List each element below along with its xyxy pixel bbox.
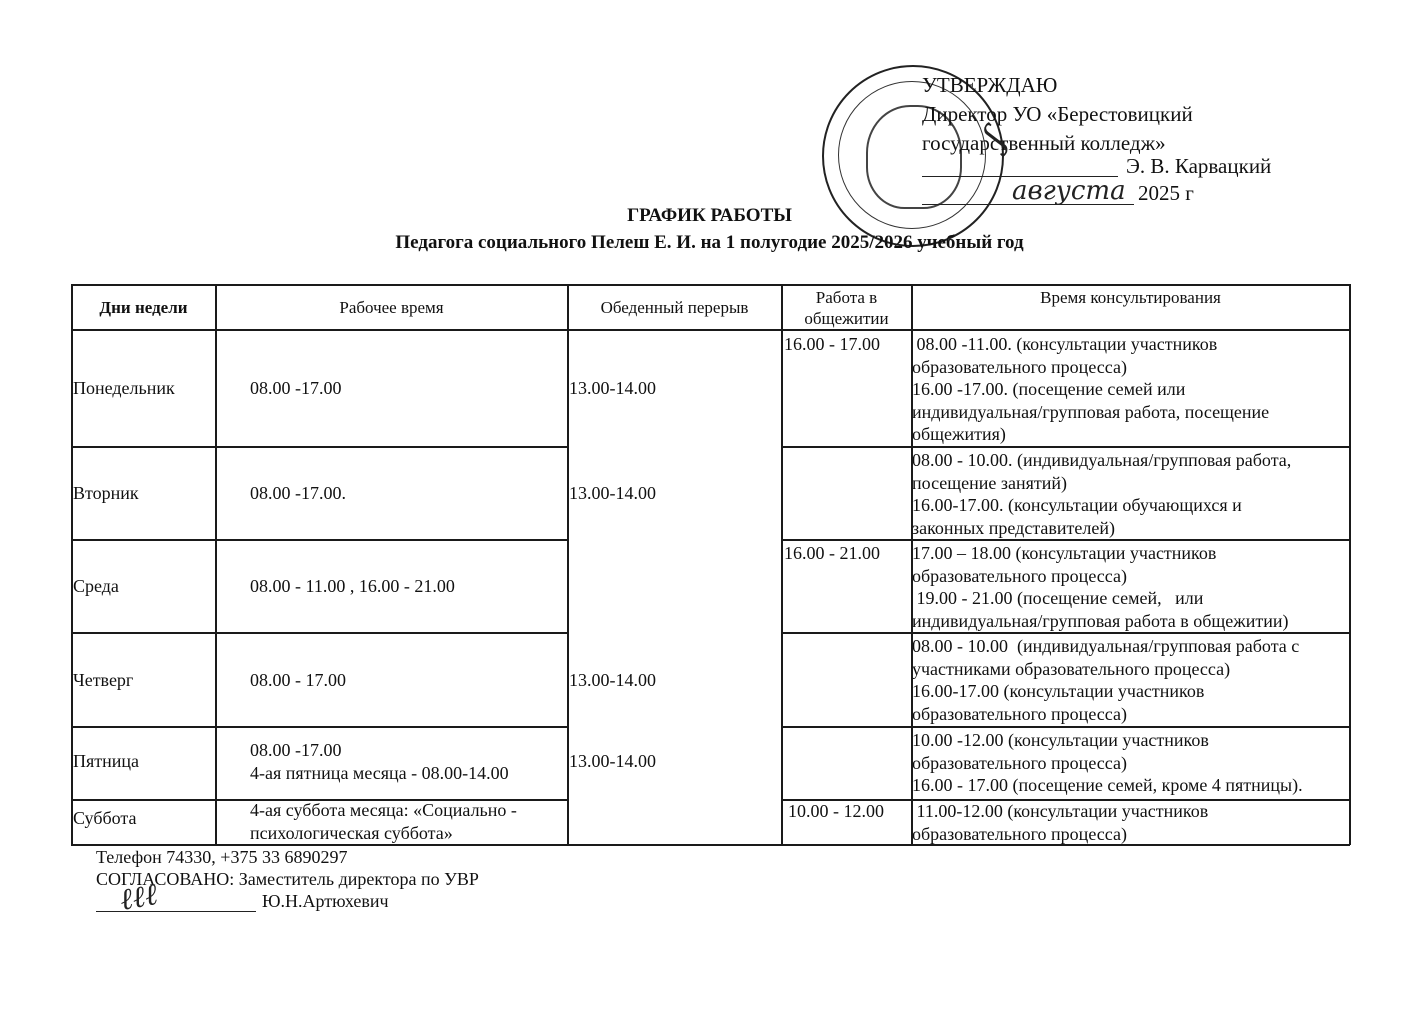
row-friday-consult: 10.00 -12.00 (консультации участников об…: [912, 729, 1303, 797]
row-monday-lunch: 13.00-14.00: [569, 377, 656, 400]
header-dorm-line2: общежитии: [782, 308, 911, 329]
row-thursday-day: Четверг: [73, 669, 133, 692]
row-thursday-lunch: 13.00-14.00: [569, 669, 656, 692]
row-wednesday-work-time: 08.00 - 11.00 , 16.00 - 21.00: [250, 575, 455, 598]
header-dorm-line1: Работа в: [782, 287, 911, 308]
row-saturday-dorm: 10.00 - 12.00: [788, 800, 884, 823]
row-thursday-consult: 08.00 - 10.00 (индивидуальная/групповая …: [912, 635, 1299, 725]
row-tuesday-day: Вторник: [73, 482, 139, 505]
row-wednesday-dorm: 16.00 - 21.00: [784, 542, 880, 565]
row-saturday-day: Суббота: [73, 807, 136, 830]
document-subtitle: Педагога социального Пелеш Е. И. на 1 по…: [0, 232, 1419, 254]
row-friday-lunch: 13.00-14.00: [569, 750, 656, 773]
approval-signatory: Э. В. Карвацкий: [1126, 152, 1271, 181]
row-wednesday-consult: 17.00 – 18.00 (консультации участников о…: [912, 542, 1288, 632]
row-tuesday-lunch: 13.00-14.00: [569, 482, 656, 505]
header-consult: Время консультирования: [912, 287, 1349, 308]
row-tuesday-consult: 08.00 - 10.00. (индивидуальная/групповая…: [912, 449, 1291, 539]
row-friday-work-time: 08.00 -17.00 4-ая пятница месяца - 08.00…: [250, 739, 509, 784]
header-lunch: Обеденный перерыв: [568, 297, 781, 318]
approval-heading: УТВЕРЖДАЮ: [922, 71, 1057, 100]
row-saturday-work-time: 4-ая суббота месяца: «Социально - психол…: [250, 799, 517, 844]
header-work-time: Рабочее время: [216, 297, 567, 318]
row-monday-consult: 08.00 -11.00. (консультации участников о…: [912, 333, 1269, 446]
row-wednesday-day: Среда: [73, 575, 119, 598]
footer-agreed-name: Ю.Н.Артюхевич: [262, 890, 389, 912]
approval-date-month: августа: [1012, 176, 1126, 206]
document-title: ГРАФИК РАБОТЫ: [0, 205, 1419, 227]
row-saturday-consult: 11.00-12.00 (консультации участников обр…: [912, 800, 1208, 845]
header-day: Дни недели: [72, 297, 215, 318]
deputy-signature-line: [96, 911, 256, 912]
approval-position-line1: Директор УО «Берестовицкий: [922, 100, 1193, 129]
row-tuesday-work-time: 08.00 -17.00.: [250, 482, 346, 505]
row-friday-day: Пятница: [73, 750, 139, 773]
approval-date-year: 2025 г: [1138, 179, 1194, 208]
footer-phone: Телефон 74330, +375 33 6890297: [96, 846, 347, 868]
row-monday-work-time: 08.00 -17.00: [250, 377, 342, 400]
deputy-signature-icon: ℓℓℓ: [117, 877, 160, 918]
row-thursday-work-time: 08.00 - 17.00: [250, 669, 346, 692]
row-monday-dorm: 16.00 - 17.00: [784, 333, 880, 356]
row-monday-day: Понедельник: [73, 377, 175, 400]
